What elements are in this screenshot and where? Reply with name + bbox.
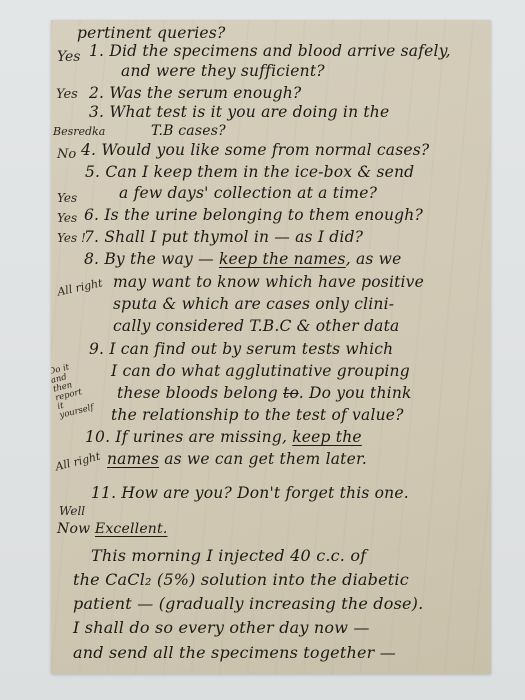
query-number: 5. [85, 163, 100, 181]
answer-q4: No [57, 148, 76, 161]
closing-line-4: I shall do so every other day now — [73, 620, 370, 636]
answer-q7: Yes ! [57, 232, 86, 244]
emphasis-keep-the: keep the [292, 428, 362, 446]
answer-q9: Do it and then report it yourself [51, 361, 90, 420]
query-number: 3. [89, 103, 104, 121]
query-6: 6. Is the urine belonging to them enough… [84, 208, 423, 224]
letter-page: pertinent queries? Yes 1. Did the specim… [51, 20, 491, 674]
query-text: If urines are missing, [115, 428, 292, 446]
query-5-cont: a few days' collection at a time? [119, 186, 377, 202]
intro-text: pertinent queries? [77, 26, 225, 42]
query-9: 9. I can find out by serum tests which [89, 342, 393, 358]
answer-q10: All right [54, 451, 101, 473]
query-text: Would you like some from normal cases? [101, 141, 429, 159]
query-8: 8. By the way — keep the names, as we [84, 252, 402, 268]
query-text: Can I keep them in the ice-box & send [105, 163, 414, 181]
emphasis-names: names [107, 450, 159, 468]
query-number: 7. [84, 228, 99, 246]
query-2: 2. Was the serum enough? [89, 86, 301, 102]
struck-word: to [283, 384, 299, 402]
query-number: 4. [81, 141, 96, 159]
query-4: 4. Would you like some from normal cases… [81, 143, 429, 159]
query-number: 6. [84, 206, 99, 224]
closing-line-1: This morning I injected 40 c.c. of [91, 548, 366, 564]
query-9-cont-2: these bloods belong to. Do you think [117, 386, 412, 402]
closing-line-2: the CaCl₂ (5%) solution into the diabeti… [73, 572, 409, 588]
query-8-cont-1: may want to know which have positive [113, 275, 424, 291]
query-11: 11. How are you? Don't forget this one. [91, 486, 409, 502]
query-text: Did the specimens and blood arrive safel… [109, 42, 450, 60]
query-number: 9. [89, 340, 104, 358]
query-text: I can find out by serum tests which [109, 340, 393, 358]
answer-q11: Well [59, 505, 85, 517]
query-1: 1. Did the specimens and blood arrive sa… [89, 44, 451, 60]
query-text: Is the urine belonging to them enough? [104, 206, 423, 224]
query-3: 3. What test is it you are doing in the [89, 105, 389, 121]
answer-q2: Yes [56, 88, 78, 101]
status-value: Excellent. [95, 521, 168, 537]
query-text: How are you? Don't forget this one. [121, 484, 408, 502]
query-3-cont: T.B cases? [151, 124, 226, 138]
closing-line-5: and send all the specimens together — [73, 645, 396, 661]
status-label: Now [57, 521, 90, 537]
query-number: 8. [84, 250, 99, 268]
query-1-cont: and were they sufficient? [121, 64, 325, 80]
query-number: 1. [89, 42, 104, 60]
closing-line-3: patient — (gradually increasing the dose… [73, 596, 423, 612]
answer-q8: All right [56, 277, 103, 297]
status-line: Now Excellent. [57, 522, 168, 536]
query-number: 2. [89, 84, 104, 102]
query-text: What test is it you are doing in the [109, 103, 389, 121]
query-number: 11. [91, 484, 116, 502]
query-8-cont-2: sputa & which are cases only clini- [113, 297, 394, 313]
query-8-cont-3: cally considered T.B.C & other data [113, 319, 399, 335]
query-10-cont: names as we can get them later. [107, 452, 367, 468]
query-text: Shall I put thymol in — as I did? [104, 228, 363, 246]
query-text: Was the serum enough? [109, 84, 301, 102]
answer-q3: Besredka [53, 126, 105, 137]
emphasis-keep-names: keep the names [219, 250, 346, 268]
answer-q1: Yes [57, 50, 81, 64]
query-5: 5. Can I keep them in the ice-box & send [85, 165, 414, 181]
query-9-cont-1: I can do what agglutinative grouping [111, 364, 410, 380]
query-9-cont-3: the relationship to the test of value? [111, 408, 404, 424]
query-7: 7. Shall I put thymol in — as I did? [84, 230, 363, 246]
answer-q5: Yes [57, 192, 77, 204]
answer-q6: Yes [57, 212, 77, 224]
query-text: By the way — [104, 250, 219, 268]
query-10: 10. If urines are missing, keep the [85, 430, 362, 446]
query-number: 10. [85, 428, 110, 446]
